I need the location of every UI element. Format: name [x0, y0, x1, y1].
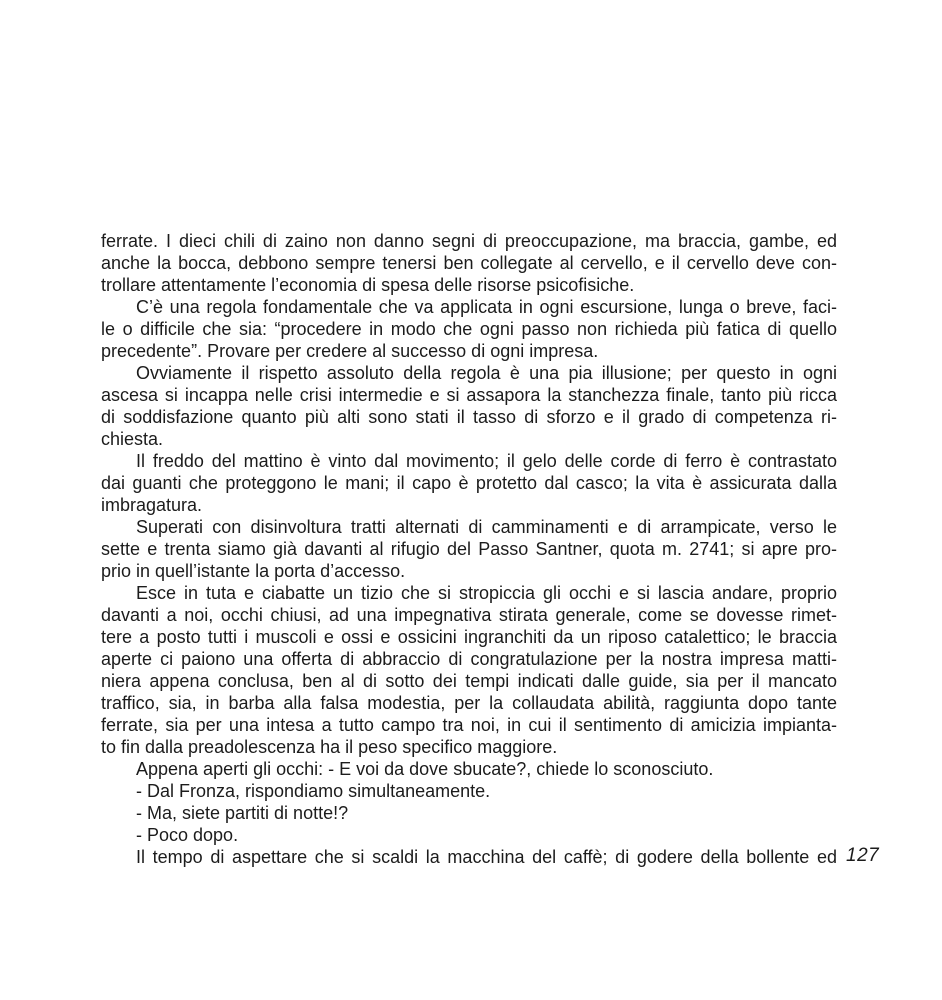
text-line: ferrate, sia per una intesa a tutto camp… [101, 714, 837, 736]
text-line: niera appena conclusa, ben al di sotto d… [101, 670, 837, 692]
book-page: ferrate. I dieci chili di zaino non dann… [0, 0, 942, 1000]
text-line: Ovviamente il rispetto assoluto della re… [101, 362, 837, 384]
text-line: Il freddo del mattino è vinto dal movime… [101, 450, 837, 472]
text-line: - Ma, siete partiti di notte!? [101, 802, 837, 824]
paragraph: Il freddo del mattino è vinto dal movime… [101, 450, 837, 516]
text-line: Appena aperti gli occhi: - E voi da dove… [101, 758, 837, 780]
text-line: Superati con disinvoltura tratti alterna… [101, 516, 837, 538]
text-line: ascesa si incappa nelle crisi intermedie… [101, 384, 837, 406]
text-line: anche la bocca, debbono sempre tenersi b… [101, 252, 837, 274]
paragraph: - Ma, siete partiti di notte!? [101, 802, 837, 824]
text-line: dai guanti che proteggono le mani; il ca… [101, 472, 837, 494]
text-line: trollare attentamente l’economia di spes… [101, 274, 837, 296]
paragraph: - Dal Fronza, rispondiamo simultaneament… [101, 780, 837, 802]
text-line: di soddisfazione quanto più alti sono st… [101, 406, 837, 428]
body-text: ferrate. I dieci chili di zaino non dann… [101, 230, 837, 868]
paragraph: Superati con disinvoltura tratti alterna… [101, 516, 837, 582]
text-line: davanti a noi, occhi chiusi, ad una impe… [101, 604, 837, 626]
text-line: aperte ci paiono una offerta di abbracci… [101, 648, 837, 670]
paragraph: Appena aperti gli occhi: - E voi da dove… [101, 758, 837, 780]
text-line: imbragatura. [101, 494, 837, 516]
text-line: Esce in tuta e ciabatte un tizio che si … [101, 582, 837, 604]
paragraph: C’è una regola fondamentale che va appli… [101, 296, 837, 362]
page-number: 127 [846, 845, 879, 867]
paragraph: - Poco dopo. [101, 824, 837, 846]
paragraph: Ovviamente il rispetto assoluto della re… [101, 362, 837, 450]
text-line: chiesta. [101, 428, 837, 450]
text-line: traffico, sia, in barba alla falsa modes… [101, 692, 837, 714]
text-line: - Dal Fronza, rispondiamo simultaneament… [101, 780, 837, 802]
text-line: prio in quell’istante la porta d’accesso… [101, 560, 837, 582]
text-line: tere a posto tutti i muscoli e ossi e os… [101, 626, 837, 648]
text-line: C’è una regola fondamentale che va appli… [101, 296, 837, 318]
text-line: le o difficile che sia: “procedere in mo… [101, 318, 837, 340]
text-line: ferrate. I dieci chili di zaino non dann… [101, 230, 837, 252]
text-line: Il tempo di aspettare che si scaldi la m… [101, 846, 837, 868]
paragraph: Esce in tuta e ciabatte un tizio che si … [101, 582, 837, 758]
text-line: sette e trenta siamo già davanti al rifu… [101, 538, 837, 560]
text-line: precedente”. Provare per credere al succ… [101, 340, 837, 362]
text-line: to fin dalla preadolescenza ha il peso s… [101, 736, 837, 758]
paragraph: ferrate. I dieci chili di zaino non dann… [101, 230, 837, 296]
text-line: - Poco dopo. [101, 824, 837, 846]
paragraph: Il tempo di aspettare che si scaldi la m… [101, 846, 837, 868]
